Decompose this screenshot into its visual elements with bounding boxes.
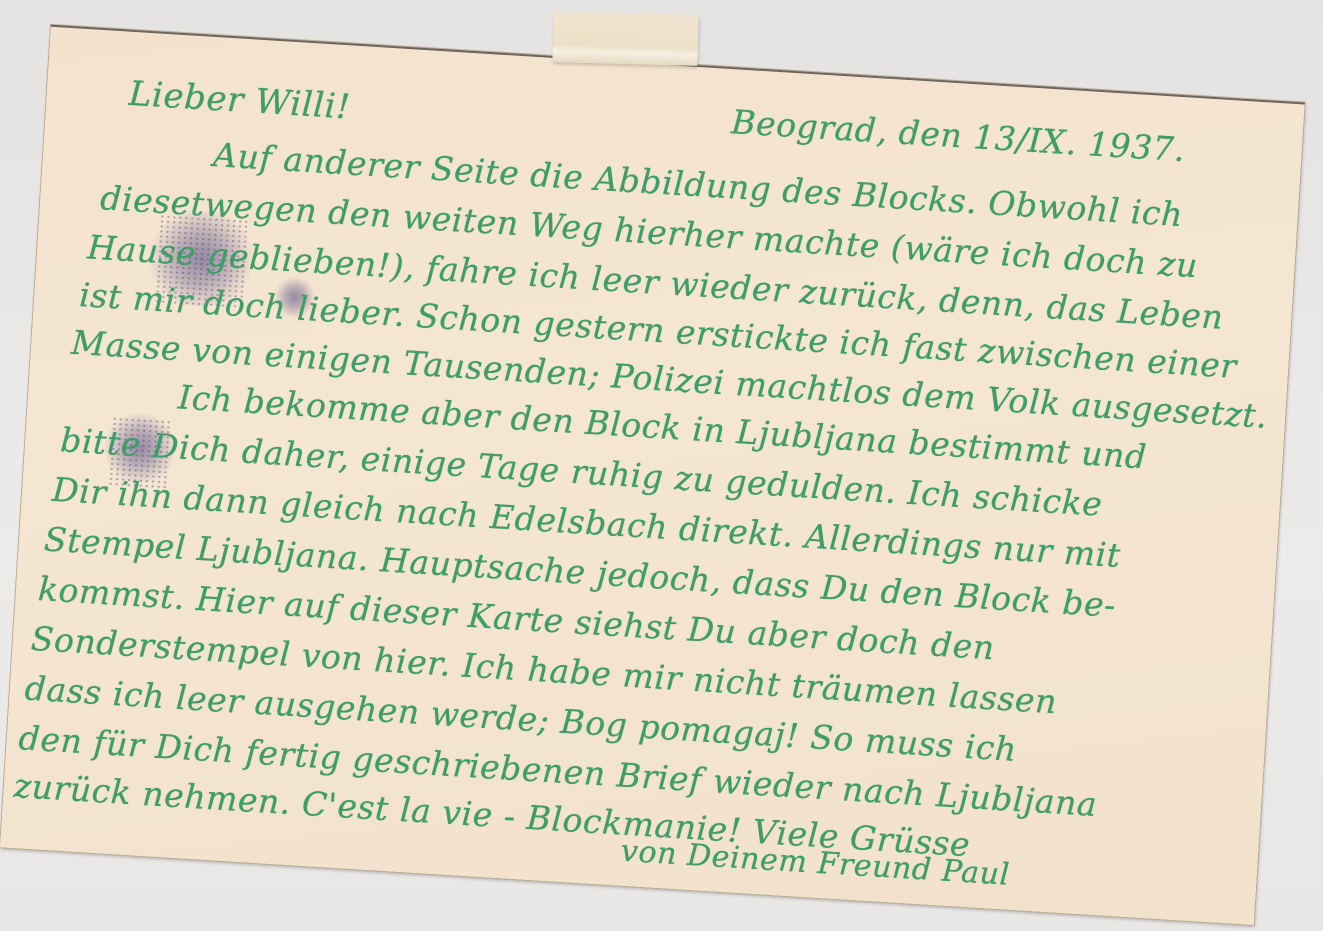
handwritten-letter: Lieber Willi! Beograd, den 13/IX. 1937. … bbox=[0, 27, 1304, 925]
postcard: Lieber Willi! Beograd, den 13/IX. 1937. … bbox=[0, 25, 1305, 925]
salutation: Lieber Willi! bbox=[128, 74, 352, 128]
stamp-hinge-tab bbox=[552, 12, 698, 66]
place-date: Beograd, den 13/IX. 1937. bbox=[730, 102, 1186, 169]
